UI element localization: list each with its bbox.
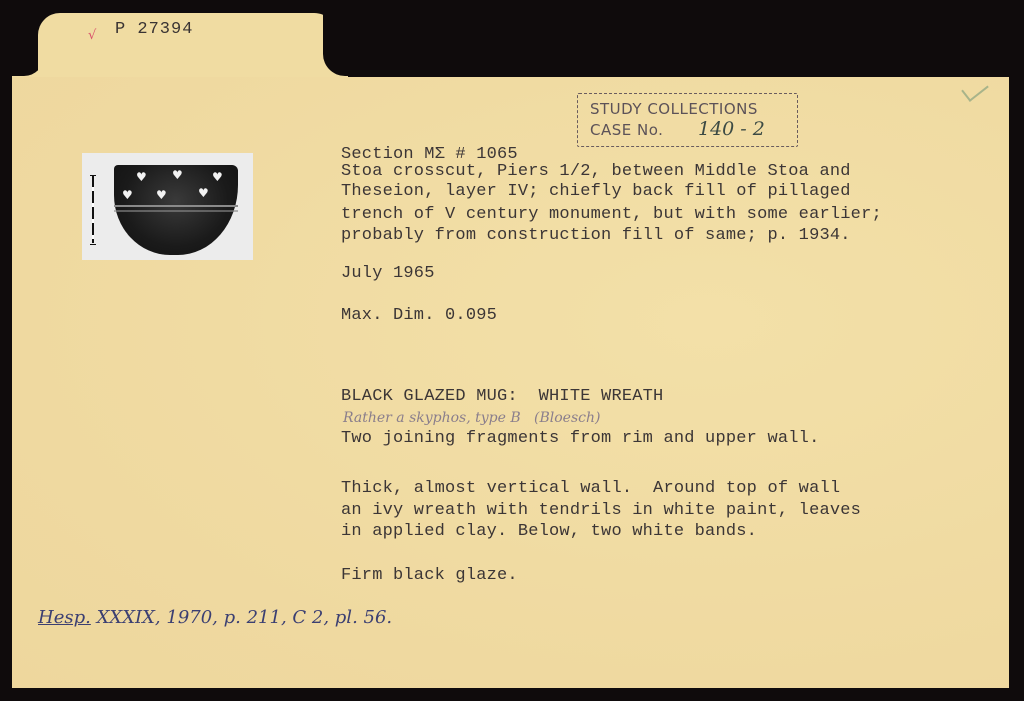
- study-collections-stamp: STUDY COLLECTIONS CASE No. 140 - 2: [577, 93, 798, 147]
- ivy-leaf-icon: ♥: [136, 171, 147, 183]
- scale-ticks: [90, 175, 96, 245]
- max-dimension: Max. Dim. 0.095: [341, 306, 497, 325]
- ivy-leaf-icon: ♥: [198, 187, 209, 199]
- sherd-image: ♥ ♥ ♥ ♥ ♥ ♥: [114, 165, 238, 255]
- fragments-line: Two joining fragments from rim and upper…: [341, 429, 819, 448]
- white-band: [114, 210, 238, 212]
- provenance-line: Stoa crosscut, Piers 1/2, between Middle…: [341, 162, 851, 181]
- ivy-leaf-icon: ♥: [156, 189, 167, 201]
- bibliography-reference: XXXIX, 1970, p. 211, C 2, pl. 56.: [91, 607, 392, 628]
- bibliography: Hesp. XXXIX, 1970, p. 211, C 2, pl. 56.: [38, 607, 392, 628]
- case-number: 140 - 2: [698, 118, 765, 140]
- check-mark: √: [88, 28, 96, 43]
- stamp-line1: STUDY COLLECTIONS: [590, 100, 758, 118]
- sherd-photo: ♥ ♥ ♥ ♥ ♥ ♥: [82, 153, 253, 260]
- provenance-line: probably from construction fill of same;…: [341, 226, 851, 245]
- white-band: [114, 205, 238, 207]
- bibliography-abbreviation: Hesp.: [38, 607, 91, 628]
- glaze-line: Firm black glaze.: [341, 566, 518, 585]
- pencil-annotation: Rather a skyphos, type B (Bloesch): [343, 410, 600, 426]
- object-title: BLACK GLAZED MUG: WHITE WREATH: [341, 387, 663, 406]
- description-line: an ivy wreath with tendrils in white pai…: [341, 501, 861, 520]
- background-corner: [323, 10, 363, 76]
- ivy-leaf-icon: ♥: [122, 189, 133, 201]
- provenance-line: Theseion, layer IV; chiefly back fill of…: [341, 182, 851, 201]
- description-line: Thick, almost vertical wall. Around top …: [341, 479, 840, 498]
- ivy-leaf-icon: ♥: [212, 171, 223, 183]
- ivy-leaf-icon: ♥: [172, 169, 183, 181]
- provenance-line: trench of V century monument, but with s…: [341, 205, 882, 224]
- date: July 1965: [341, 264, 435, 283]
- stamp-line2: CASE No.: [590, 121, 663, 139]
- description-line: in applied clay. Below, two white bands.: [341, 522, 757, 541]
- accession-number: P 27394: [115, 20, 193, 39]
